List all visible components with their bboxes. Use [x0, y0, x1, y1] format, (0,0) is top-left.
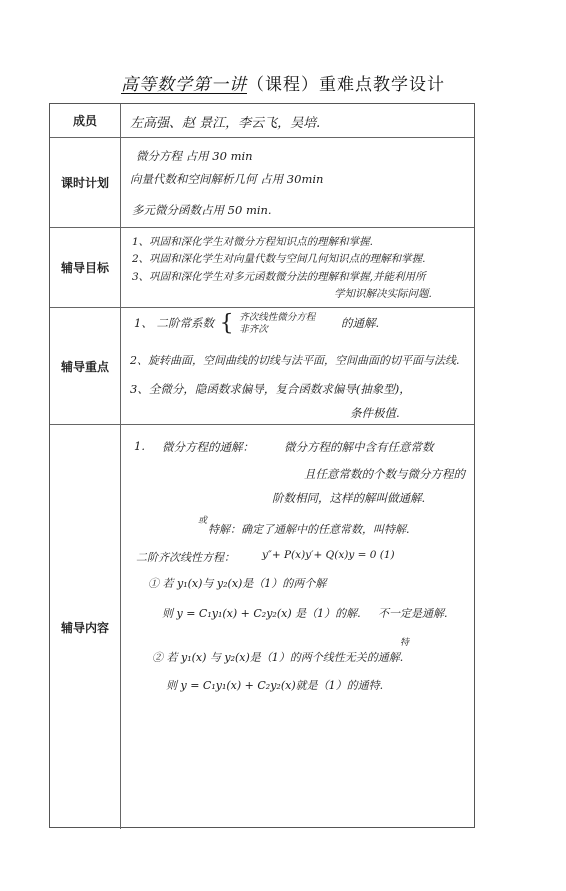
label-key-points: 辅导重点 — [50, 308, 121, 424]
tutoring-content: 1. 微分方程的通解： 微分方程的解中含有任意常数 且任意常数的个数与微分方程的… — [122, 425, 474, 829]
option-nonhomogeneous: 非齐次 — [239, 324, 268, 335]
key-point-3-cont: 条件极值. — [350, 405, 400, 421]
goal-3: 3、巩固和深化学生对多元函数微分法的理解和掌握,并能利用所 — [132, 269, 426, 284]
case-1-note: 不一定是通解. — [378, 605, 448, 621]
case-2-correction: 特 — [400, 635, 409, 648]
case-1-result: 则 y = C₁y₁(x) + C₂y₂(x) 是（1）的解. — [162, 605, 361, 621]
general-solution-term: 微分方程的通解： — [162, 439, 254, 455]
title-handwritten: 高等数学第一讲 — [121, 75, 247, 95]
general-solution-def-3: 阶数相同，这样的解叫做通解. — [272, 490, 425, 506]
key-point-3: 3、全微分，隐函数求偏导，复合函数求偏导(抽象型)， — [130, 381, 411, 397]
goals-content: 1、巩固和深化学生对微分方程知识点的理解和掌握. 2、巩固和深化学生对向量代数与… — [122, 228, 474, 307]
case-2-condition: ② 若 y₁(x) 与 y₂(x)是（1）的两个线性无关的通解. — [152, 649, 403, 665]
row-schedule: 课时计划 微分方程 占用 30 min 向量代数和空间解析几何 占用 30min… — [50, 138, 474, 228]
label-schedule: 课时计划 — [50, 138, 121, 227]
members-text: 左高强、赵 景江，李云飞，吴培. — [130, 112, 320, 131]
key-points-content: 1、 二阶常系数 { 齐次线性微分方程 非齐次 的通解. 2、旋转曲面，空间曲线… — [122, 308, 474, 424]
row-goals: 辅导目标 1、巩固和深化学生对微分方程知识点的理解和掌握. 2、巩固和深化学生对… — [50, 228, 474, 308]
case-2-result: 则 y = C₁y₁(x) + C₂y₂(x)就是（1）的通特. — [166, 677, 383, 693]
label-goals: 辅导目标 — [50, 228, 121, 307]
key-point-1-prefix: 1、 二阶常系数 — [134, 316, 214, 330]
general-solution-def-1: 微分方程的解中含有任意常数 — [284, 439, 434, 455]
schedule-line-3: 多元微分函数占用 50 min. — [132, 202, 272, 218]
row-key-points: 辅导重点 1、 二阶常系数 { 齐次线性微分方程 非齐次 的通解. 2、旋转曲面… — [50, 308, 474, 425]
goal-1: 1、巩固和深化学生对微分方程知识点的理解和掌握. — [132, 234, 373, 249]
row-members: 成员 左高强、赵 景江，李云飞，吴培. — [50, 104, 474, 138]
title-printed: （课程）重难点教学设计 — [247, 75, 445, 95]
particular-solution-def: 特解：确定了通解中的任意常数，叫特解. — [208, 521, 410, 537]
goal-2: 2、巩固和深化学生对向量代数与空间几何知识点的理解和掌握. — [132, 251, 426, 266]
document-title: 高等数学第一讲（课程）重难点教学设计 — [0, 70, 566, 95]
option-homogeneous: 齐次线性微分方程 — [239, 312, 315, 323]
members-content: 左高强、赵 景江，李云飞，吴培. — [122, 104, 474, 137]
key-point-1-options: 齐次线性微分方程 非齐次 — [239, 312, 315, 336]
label-members: 成员 — [50, 104, 121, 137]
key-point-2: 2、旋转曲面，空间曲线的切线与法平面，空间曲面的切平面与法线. — [130, 352, 460, 368]
or-mark: 或 — [198, 513, 207, 526]
second-order-equation: y″+ P(x)y′+ Q(x)y = 0 (1) — [262, 549, 395, 561]
lesson-design-table: 成员 左高强、赵 景江，李云飞，吴培. 课时计划 微分方程 占用 30 min … — [49, 103, 475, 828]
label-content: 辅导内容 — [50, 425, 121, 829]
row-content: 辅导内容 1. 微分方程的通解： 微分方程的解中含有任意常数 且任意常数的个数与… — [50, 425, 474, 829]
key-point-1-suffix: 的通解. — [341, 316, 379, 330]
case-1-condition: ① 若 y₁(x)与 y₂(x)是（1）的两个解 — [148, 575, 326, 591]
schedule-content: 微分方程 占用 30 min 向量代数和空间解析几何 占用 30min 多元微分… — [122, 138, 474, 227]
second-order-label: 二阶齐次线性方程： — [136, 549, 235, 565]
schedule-line-2: 向量代数和空间解析几何 占用 30min — [130, 171, 323, 187]
content-num-1: 1. — [134, 439, 145, 453]
goal-3-cont: 学知识解决实际问题. — [334, 286, 432, 301]
key-point-1: 1、 二阶常系数 { 齐次线性微分方程 非齐次 的通解. — [134, 312, 379, 336]
schedule-line-1: 微分方程 占用 30 min — [136, 148, 253, 164]
general-solution-def-2: 且任意常数的个数与微分方程的 — [304, 466, 465, 482]
brace-icon: { — [220, 313, 234, 335]
